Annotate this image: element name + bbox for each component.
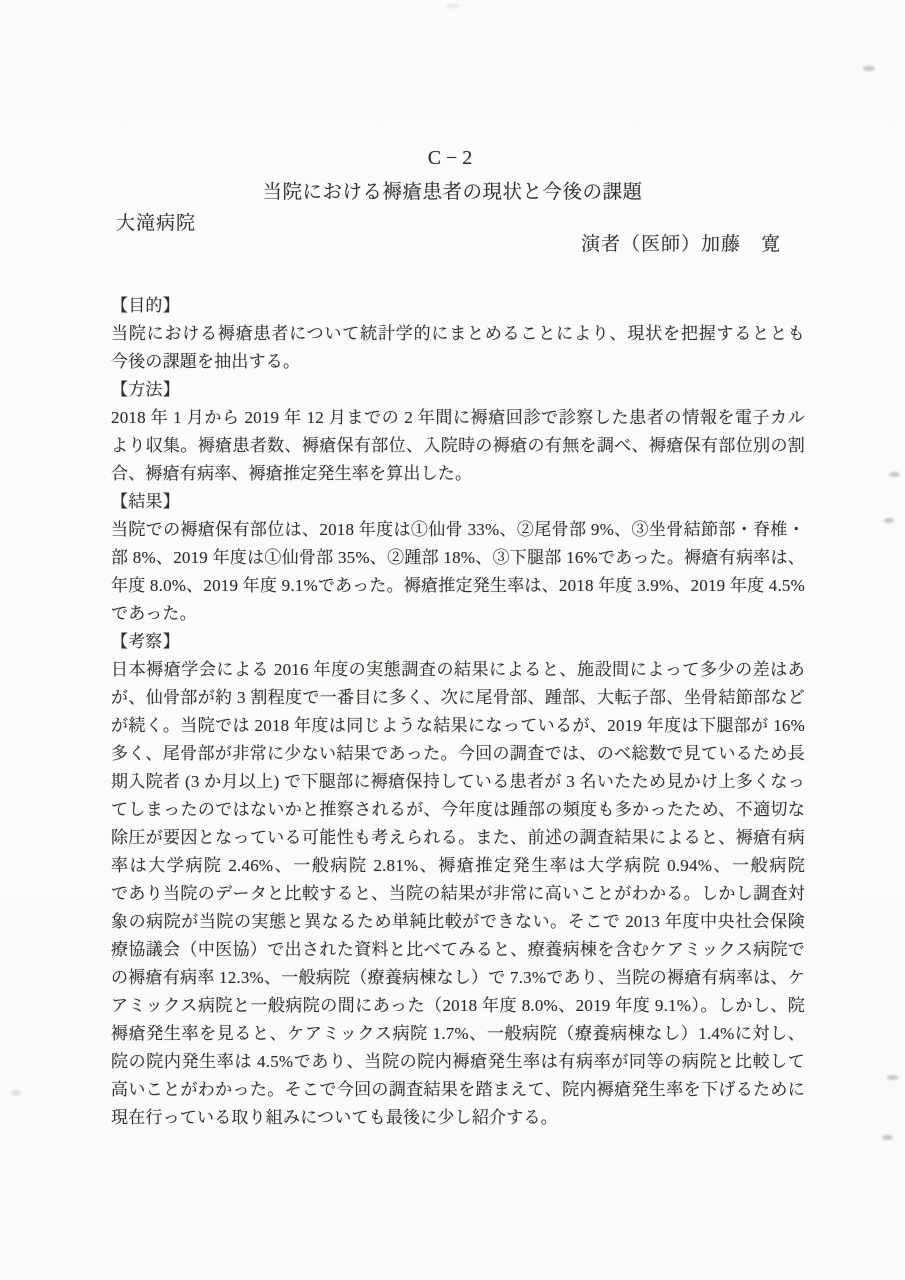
body-line: 高いことがわかった。そこで今回の調査結果を踏まえて、院内褥瘡発生率を下げるために <box>111 1076 805 1104</box>
body-line: 期入院者 (3 か月以上) で下腿部に褥瘡保持している患者が 3 名いたため見か… <box>111 768 805 796</box>
scan-speck <box>863 66 875 71</box>
body-line: が、仙骨部が約 3 割程度で一番目に多く、次に尾骨部、踵部、大転子部、坐骨結節部… <box>111 684 805 712</box>
body-line: 療協議会（中医協）で出された資料と比べてみると、療養病棟を含むケアミックス病院で <box>111 936 805 964</box>
body-line: 院の院内発生率は 4.5%であり、当院の院内褥瘡発生率は有病率が同等の病院と比較… <box>111 1048 805 1076</box>
body-line: 除圧が要因となっている可能性も考えられる。また、前述の調査結果によると、褥瘡有病 <box>111 824 805 852</box>
scan-speck <box>882 1135 893 1140</box>
body-line: 【目的】 <box>111 292 805 320</box>
scan-speck <box>887 1075 898 1080</box>
body-line: より収集。褥瘡患者数、褥瘡保有部位、入院時の褥瘡の有無を調べ、褥瘡保有部位別の割 <box>111 432 805 460</box>
abstract-title: 当院における褥瘡患者の現状と今後の課題 <box>0 176 905 204</box>
body-line: 部 8%、2019 年度は①仙骨部 35%、②踵部 18%、③下腿部 16%であ… <box>111 544 805 572</box>
scan-speck <box>11 1090 21 1096</box>
body-line: であり当院のデータと比較すると、当院の結果が非常に高いことがわかる。しかし調査対 <box>111 880 805 908</box>
scan-speck <box>884 518 894 523</box>
body-line: 日本褥瘡学会による 2016 年度の実態調査の結果によると、施設間によって多少の… <box>111 656 805 684</box>
body-line: てしまったのではないかと推察されるが、今年度は踵部の頻度も多かったため、不適切な <box>111 796 805 824</box>
body-line: 【結果】 <box>111 488 805 516</box>
body-line: 年度 8.0%、2019 年度 9.1%であった。褥瘡推定発生率は、2018 年… <box>111 572 805 600</box>
body-line: が続く。当院では 2018 年度は同じような結果になっているが、2019 年度は… <box>111 712 805 740</box>
body-line: 2018 年 1 月から 2019 年 12 月までの 2 年間に褥瘡回診で診察… <box>111 404 805 432</box>
body-line: アミックス病院と一般病院の間にあった（2018 年度 8.0%、2019 年度 … <box>111 992 805 1020</box>
affiliation-name: 大滝病院 <box>116 208 196 235</box>
session-code: C−2 <box>0 147 905 170</box>
body-line: 率は大学病院 2.46%、一般病院 2.81%、褥瘡推定発生率は大学病院 0.9… <box>111 852 805 880</box>
scan-speck <box>446 4 460 8</box>
scan-speck <box>889 472 900 477</box>
body-line: 今後の課題を抽出する。 <box>111 348 805 376</box>
body-line: 合、褥瘡有病率、褥瘡推定発生率を算出した。 <box>111 460 805 488</box>
body-line: 多く、尾骨部が非常に少ない結果であった。今回の調査では、のべ総数で見ているため長 <box>111 740 805 768</box>
body-line: 褥瘡発生率を見ると、ケアミックス病院 1.7%、一般病院（療養病棟なし）1.4%… <box>111 1020 805 1048</box>
body-line: であった。 <box>111 600 805 628</box>
body-line: 現在行っている取り組みについても最後に少し紹介する。 <box>111 1104 805 1132</box>
presenter-name: 演者（医師）加藤 寛 <box>581 229 781 256</box>
body-line: 【方法】 <box>111 376 805 404</box>
body-line: 象の病院が当院の実態と異なるため単純比較ができない。そこで 2013 年度中央社… <box>111 908 805 936</box>
body-line: 【考察】 <box>111 628 805 656</box>
abstract-body: 【目的】当院における褥瘡患者について統計学的にまとめることにより、現状を把握する… <box>111 292 805 1132</box>
body-line: 当院での褥瘡保有部位は、2018 年度は①仙骨 33%、②尾骨部 9%、③坐骨結… <box>111 516 805 544</box>
scanned-abstract-page: C−2 当院における褥瘡患者の現状と今後の課題 大滝病院 演者（医師）加藤 寛 … <box>0 0 905 1280</box>
body-line: 当院における褥瘡患者について統計学的にまとめることにより、現状を把握するとともに… <box>111 320 805 348</box>
body-line: の褥瘡有病率 12.3%、一般病院（療養病棟なし）で 7.3%であり、当院の褥瘡… <box>111 964 805 992</box>
